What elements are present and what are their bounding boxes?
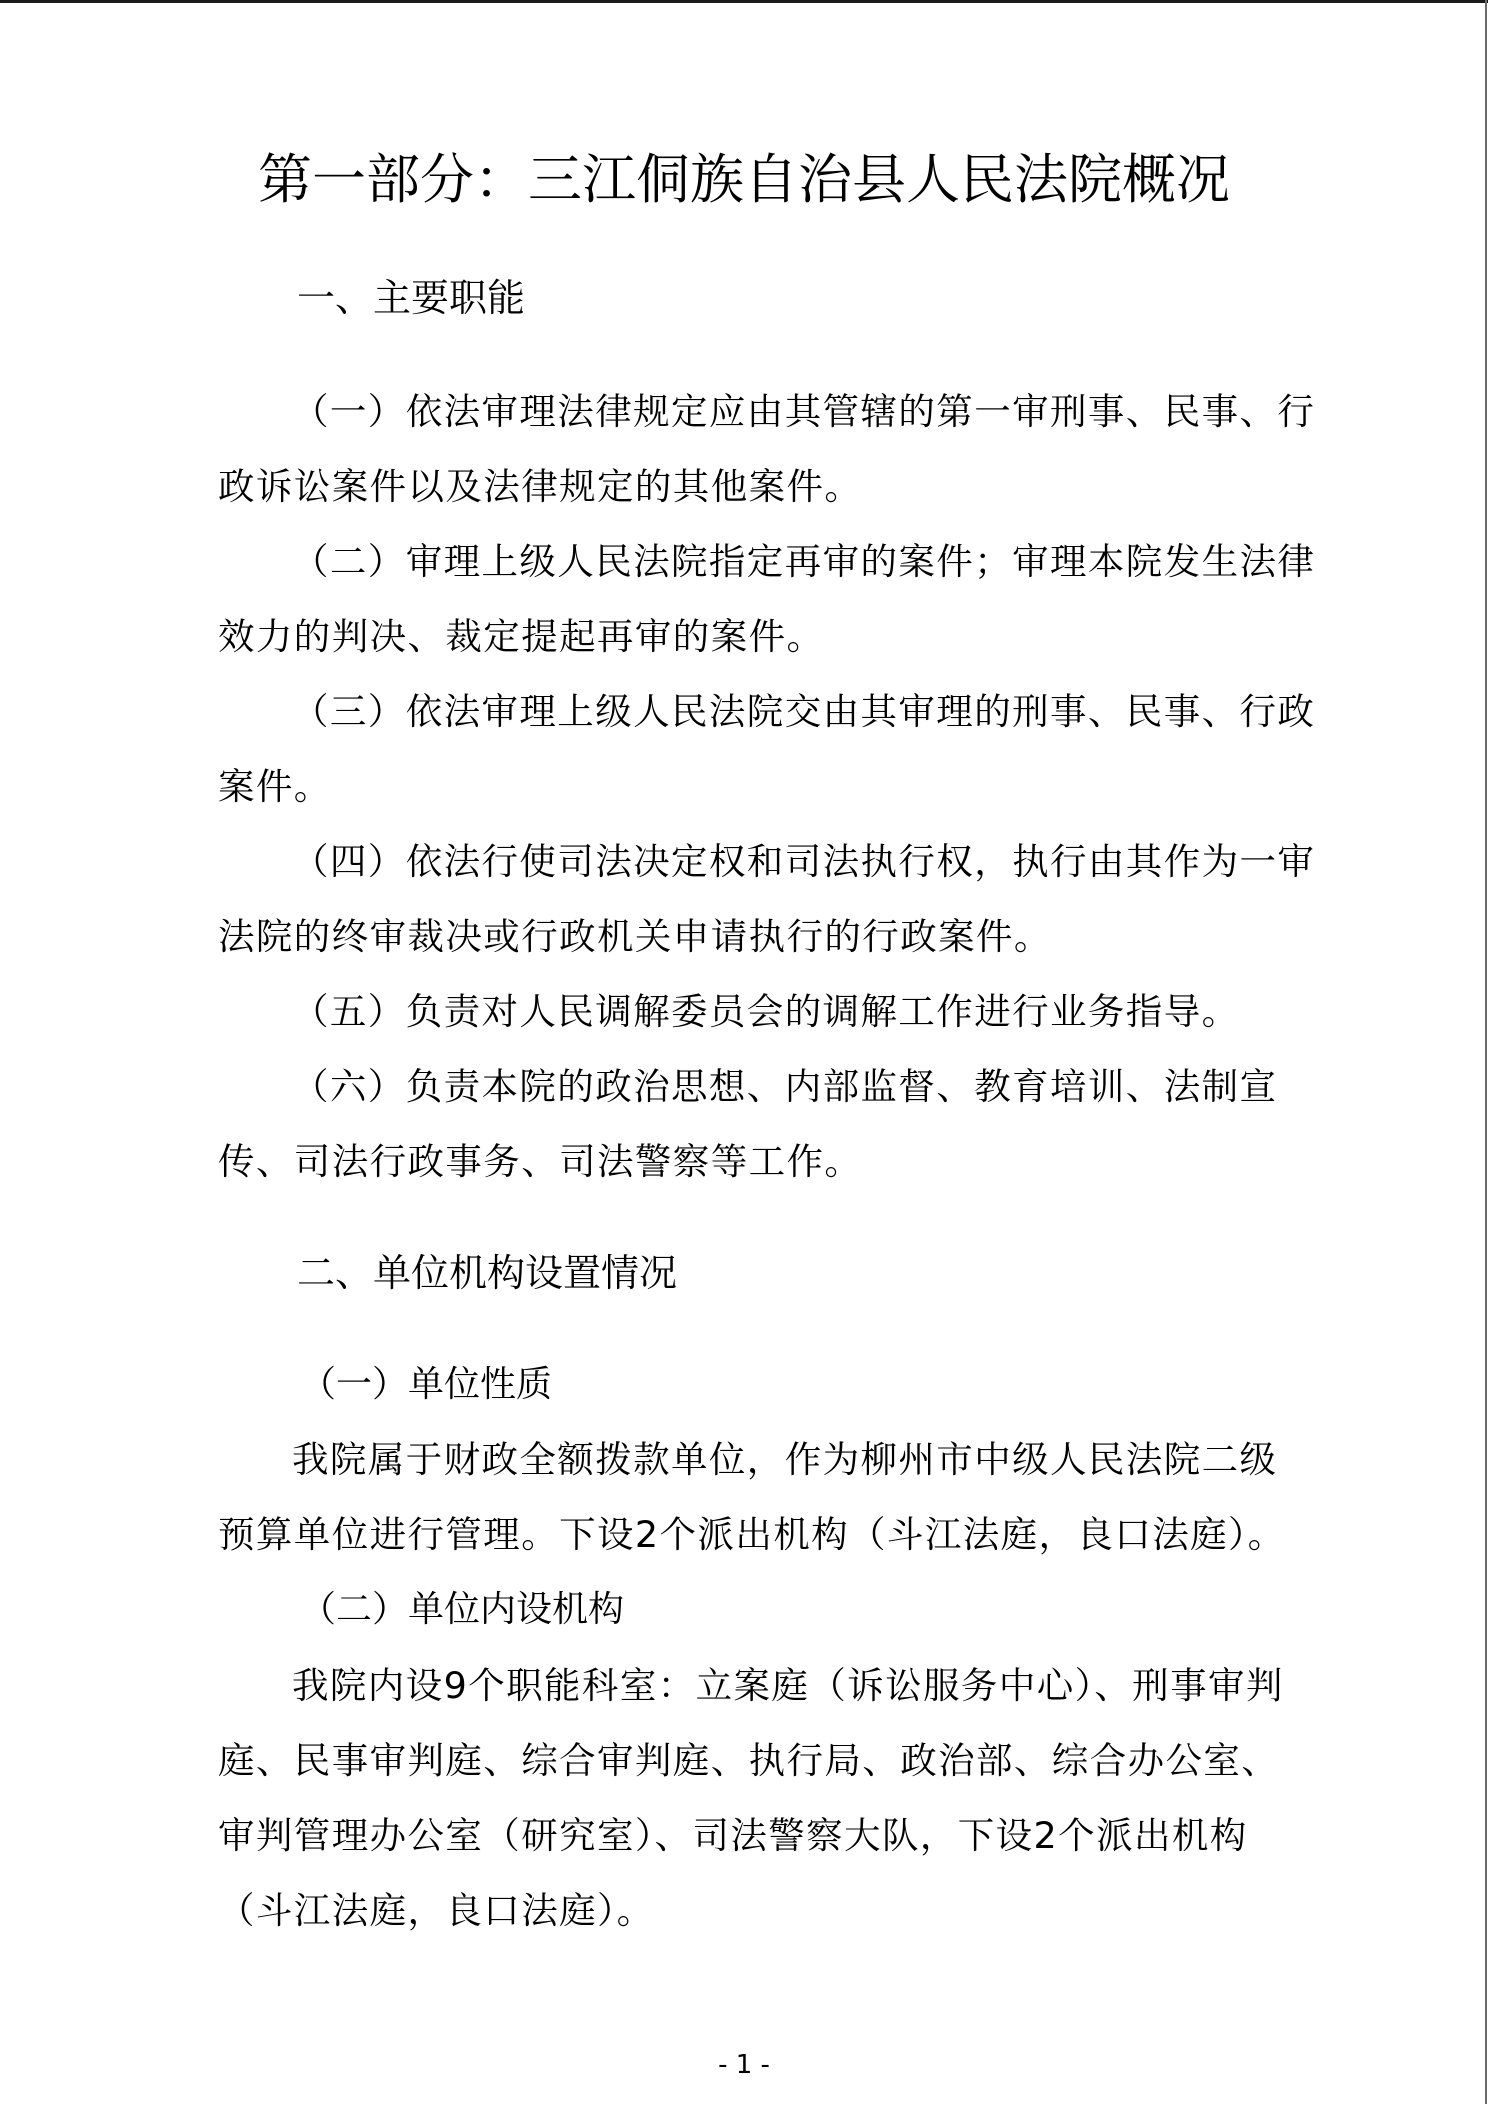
unit-nature-line-2: 预算单位进行管理。下设2个派出机构（斗江法庭，良口法庭）。 (218, 1517, 1286, 1554)
internal-departments-line-3: 审判管理办公室（研究室）、司法警察大队，下设2个派出机构 (218, 1818, 1248, 1855)
section-heading-main-functions: 一、主要职能 (297, 279, 525, 317)
paragraph-5-line-1: （五）负责对人民调解委员会的调解工作进行业务指导。 (292, 994, 1240, 1031)
page-right-border (1485, 0, 1487, 2104)
paragraph-6-line-2: 传、司法行政事务、司法警察等工作。 (218, 1144, 862, 1181)
paragraph-4-line-2: 法院的终审裁决或行政机关申请执行的行政案件。 (218, 919, 1052, 956)
subsection-heading-internal-departments: （二）单位内设机构 (300, 1592, 624, 1628)
page-number: - 1 - (0, 2052, 1488, 2078)
subsection-heading-unit-nature: （一）单位性质 (300, 1367, 552, 1403)
unit-nature-line-1: 我院属于财政全额拨款单位，作为柳州市中级人民法院二级 (292, 1442, 1277, 1479)
paragraph-4-line-1: （四）依法行使司法决定权和司法执行权，执行由其作为一审 (292, 844, 1315, 881)
paragraph-2-line-1: （二）审理上级人民法院指定再审的案件；审理本院发生法律 (292, 544, 1315, 581)
paragraph-2-line-2: 效力的判决、裁定提起再审的案件。 (218, 619, 824, 656)
page-title: 第一部分：三江侗族自治县人民法院概况 (0, 153, 1488, 207)
paragraph-3-line-2: 案件。 (218, 769, 332, 806)
page-top-border (0, 0, 1488, 3)
internal-departments-line-4: （斗江法庭，良口法庭）。 (218, 1893, 655, 1930)
paragraph-1-line-1: （一）依法审理法律规定应由其管辖的第一审刑事、民事、行 (292, 394, 1315, 431)
paragraph-1-line-2: 政诉讼案件以及法律规定的其他案件。 (218, 469, 862, 506)
paragraph-6-line-1: （六）负责本院的政治思想、内部监督、教育培训、法制宣 (292, 1069, 1277, 1106)
internal-departments-line-1: 我院内设9个职能科室：立案庭（诉讼服务中心）、刑事审判 (292, 1668, 1284, 1705)
section-heading-organization: 二、单位机构设置情况 (297, 1254, 677, 1292)
document-page: 第一部分：三江侗族自治县人民法院概况 一、主要职能 （一）依法审理法律规定应由其… (0, 0, 1488, 2104)
internal-departments-line-2: 庭、民事审判庭、综合审判庭、执行局、政治部、综合办公室、 (218, 1743, 1279, 1780)
paragraph-3-line-1: （三）依法审理上级人民法院交由其审理的刑事、民事、行政 (292, 694, 1315, 731)
